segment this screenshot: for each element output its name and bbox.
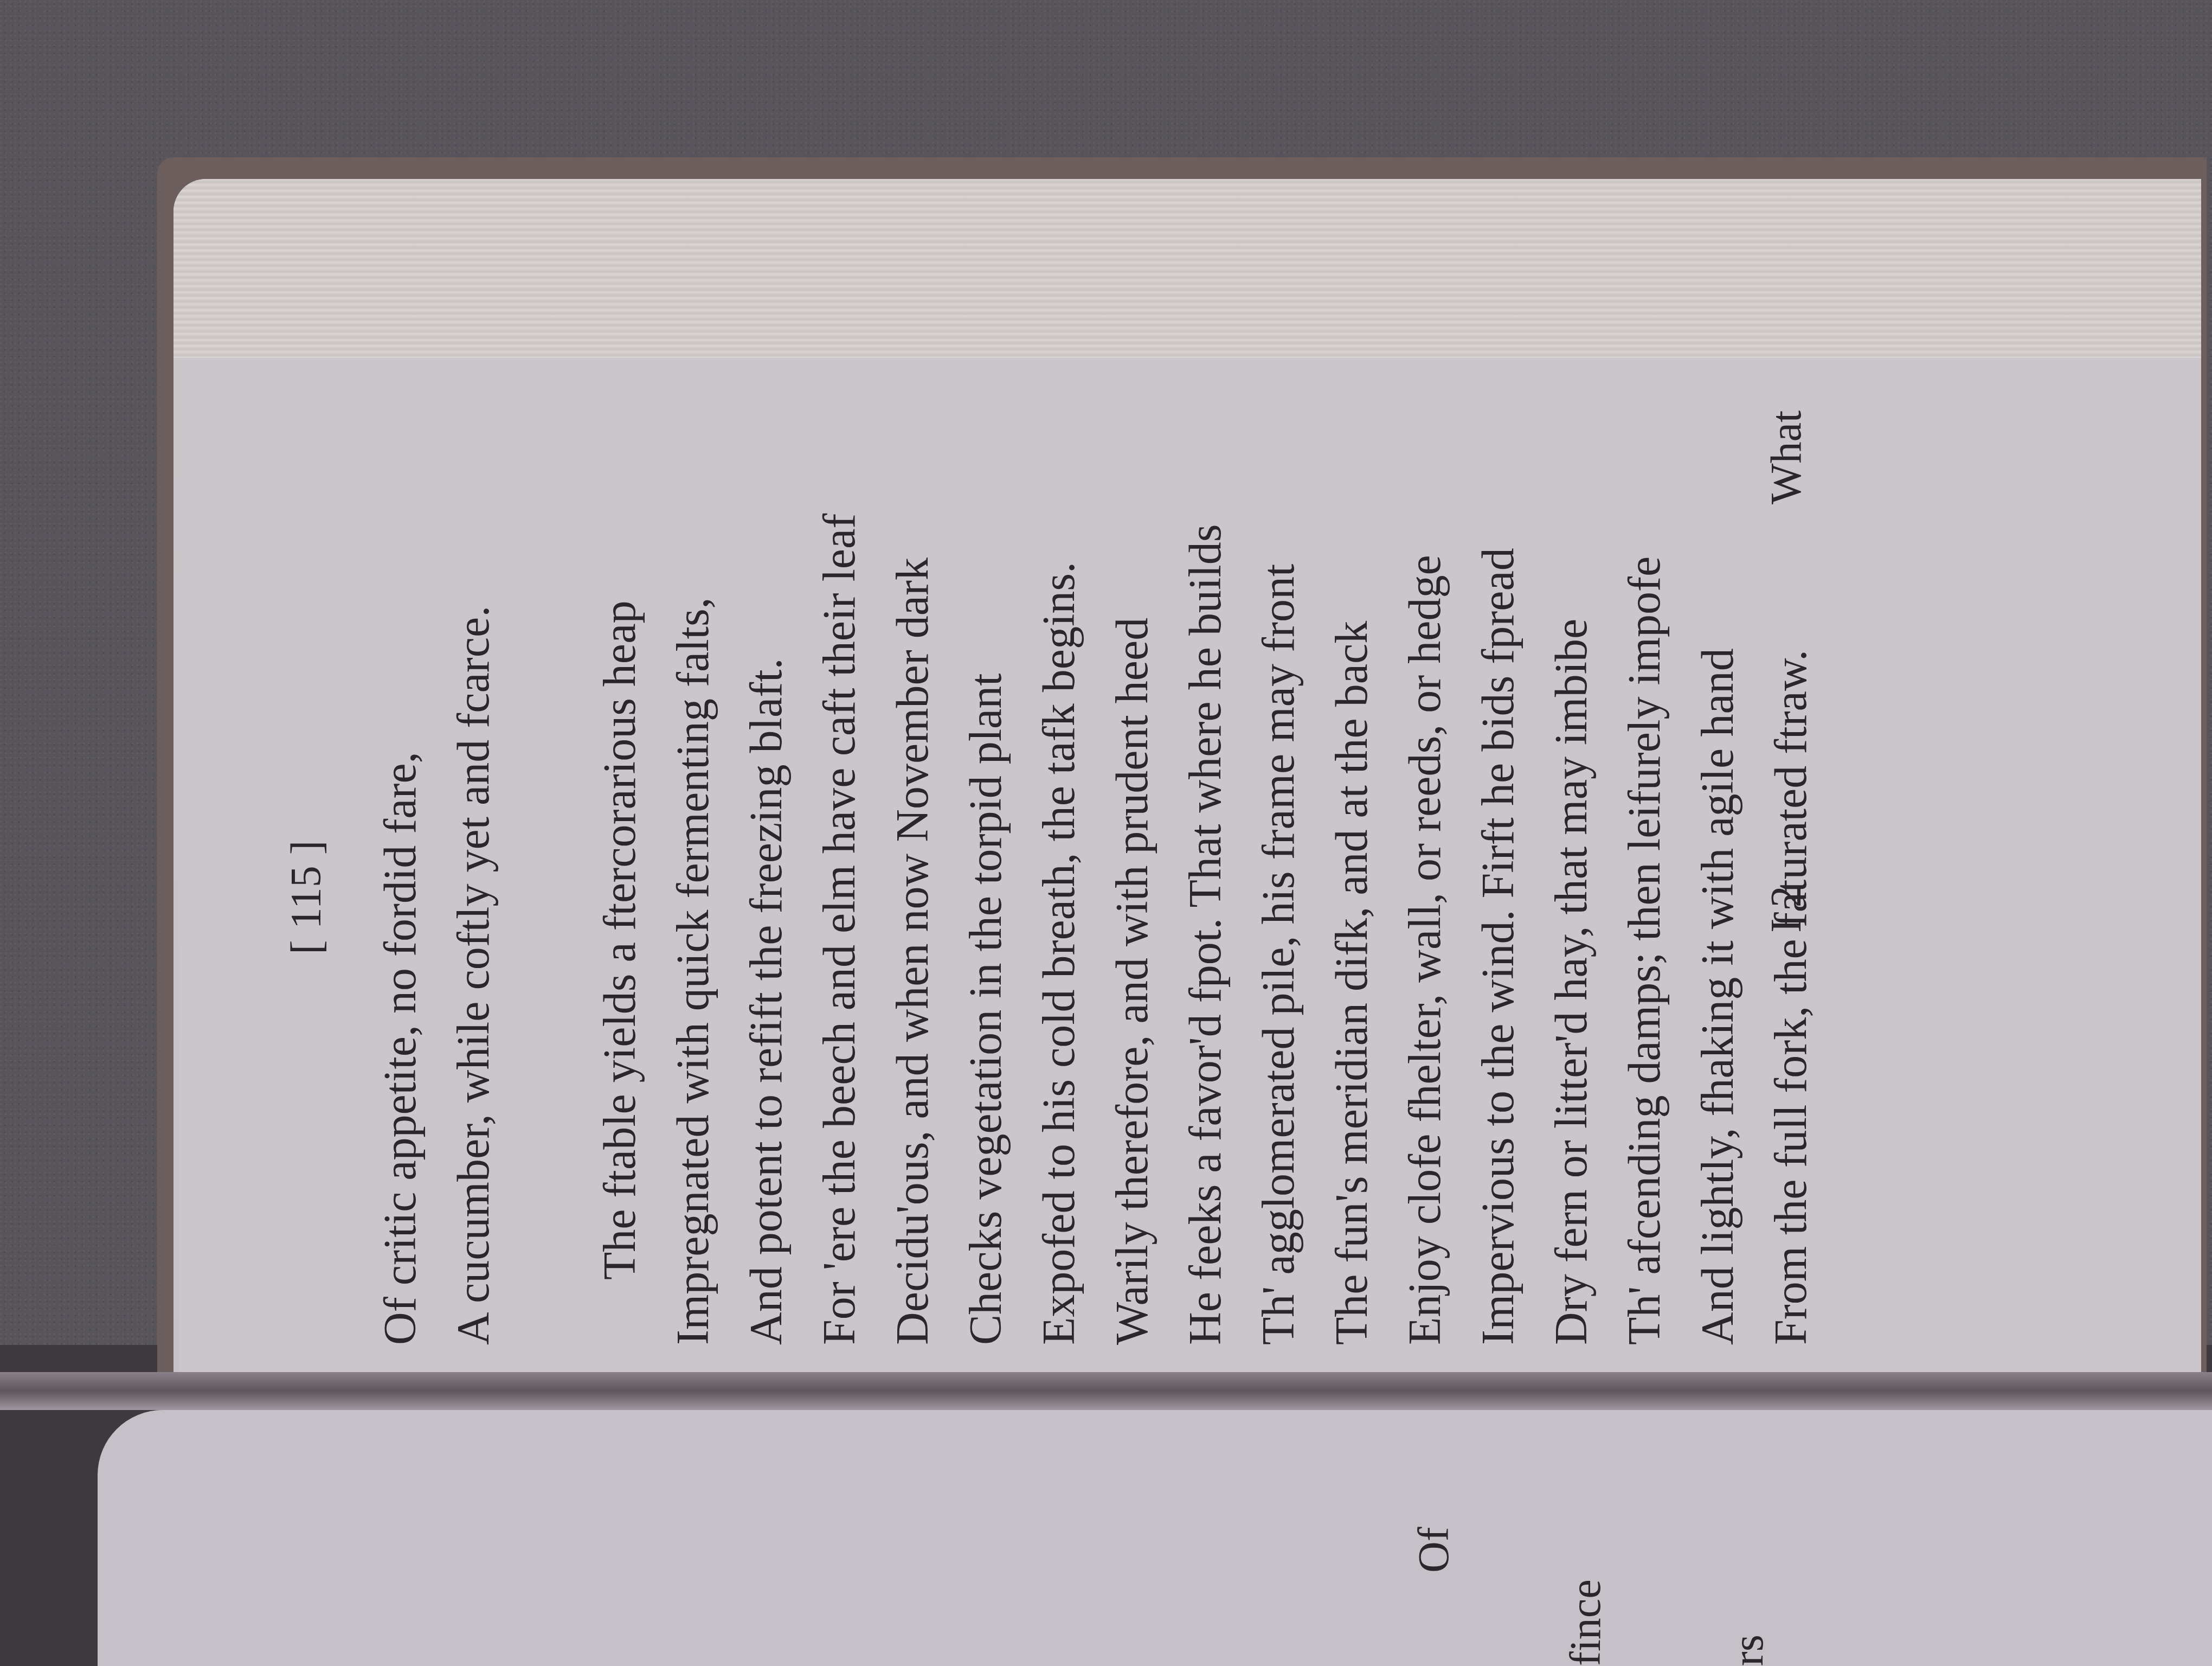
poem-line: Expofed to his cold breath, the tafk beg… (1033, 562, 1085, 1345)
poem-line: And lightly, fhaking it with agile hand (1692, 648, 1744, 1345)
left-page-fragment: rs (1724, 1635, 1773, 1666)
poem-line: Checks vegetation in the torpid plant (960, 673, 1012, 1345)
poem-line: Of critic appetite, no fordid fare, (374, 752, 427, 1345)
poem-line: Enjoy clofe fhelter, wall, or reeds, or … (1399, 555, 1451, 1345)
poem-line: He feeks a favor'd fpot. That where he b… (1179, 524, 1232, 1345)
left-page-fragment: fince (1561, 1579, 1611, 1666)
signature-mark: I 2 (1762, 886, 1811, 933)
poem-line: The ftable yields a ftercorarious heap (594, 601, 646, 1280)
poem-line: The fun's meridian difk, and at the back (1326, 621, 1378, 1345)
poem-line: Impregnated with quick fermenting falts, (667, 597, 719, 1345)
poem-line: Warily therefore, and with prudent heed (1106, 618, 1159, 1345)
poem-line: For 'ere the beech and elm have caft the… (813, 514, 866, 1345)
poem-line: A cucumber, while coftly yet and fcarce. (447, 606, 500, 1345)
poem-line: Th' afcending damps; then leifurely impo… (1618, 556, 1671, 1345)
catchword: What (1762, 411, 1811, 504)
poem-line: Th' agglomerated pile, his frame may fro… (1252, 564, 1305, 1345)
poem-line: And potent to refift the freezing blaft. (740, 658, 793, 1345)
page-number: [ 115 ] (282, 841, 331, 954)
poem-line: Dry fern or litter'd hay, that may imbib… (1545, 619, 1598, 1345)
left-page (98, 1410, 2212, 1666)
poem-line: Decidu'ous, and when now November dark (886, 558, 939, 1345)
left-page-fragment: Of (1410, 1527, 1459, 1573)
book-gutter (0, 1372, 2212, 1410)
page-edges (173, 179, 2201, 358)
poem-line: Impervious to the wind. Firft he bids fp… (1472, 548, 1525, 1345)
poem-line: From the full fork, the faturated ftraw. (1765, 650, 1817, 1345)
